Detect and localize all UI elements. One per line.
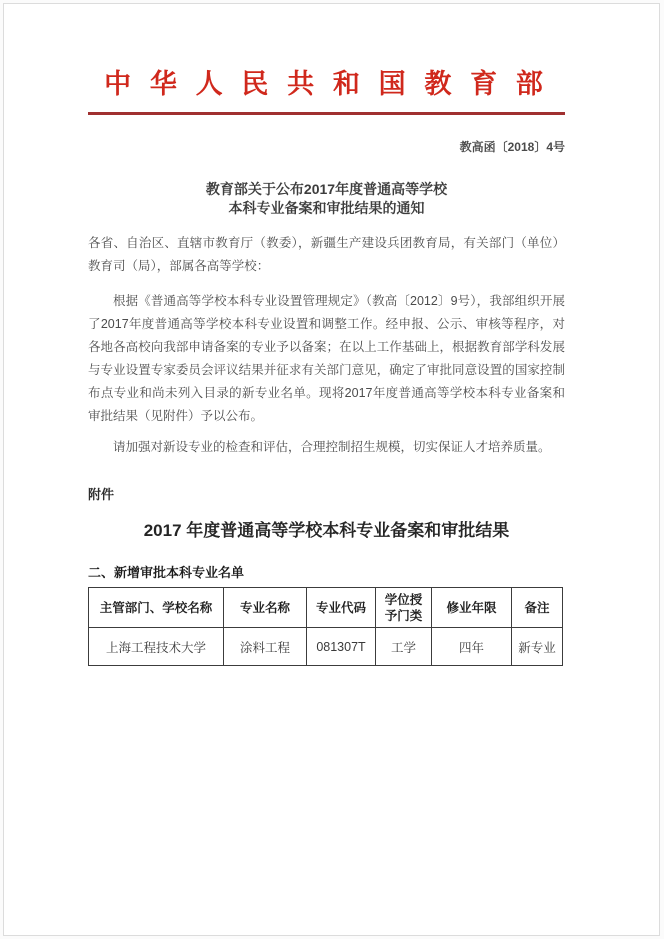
notice-title-line1: 教育部关于公布2017年度普通高等学校 <box>88 180 565 199</box>
table-row: 上海工程技术大学 涂料工程 081307T 工学 四年 新专业 <box>89 628 563 666</box>
cell-study-years: 四年 <box>432 628 512 666</box>
ministry-letterhead-title: 中 华 人 民 共 和 国 教 育 部 <box>88 62 565 101</box>
column-header-degree-category: 学位授予门类 <box>376 588 432 628</box>
attachment-label: 附件 <box>88 484 565 503</box>
approved-majors-table: 主管部门、学校名称 专业名称 专业代码 学位授予门类 修业年限 备注 上海工程技… <box>88 587 563 666</box>
notice-title-line2: 本科专业备案和审批结果的通知 <box>88 199 565 218</box>
column-header-major-code: 专业代码 <box>307 588 376 628</box>
cell-major-name: 涂料工程 <box>224 628 307 666</box>
column-header-major-name: 专业名称 <box>224 588 307 628</box>
cell-remarks: 新专业 <box>512 628 563 666</box>
document-page: 中 华 人 民 共 和 国 教 育 部 教高函〔2018〕4号 教育部关于公布2… <box>3 3 660 936</box>
column-header-authority-school: 主管部门、学校名称 <box>89 588 224 628</box>
column-header-remarks: 备注 <box>512 588 563 628</box>
document-reference-number: 教高函〔2018〕4号 <box>88 138 565 155</box>
notice-paragraph-2: 请加强对新设专业的检查和评估，合理控制招生规模，切实保证人才培养质量。 <box>88 436 565 459</box>
column-header-study-years: 修业年限 <box>432 588 512 628</box>
attachment-title: 2017 年度普通高等学校本科专业备案和审批结果 <box>88 516 565 541</box>
cell-major-code: 081307T <box>307 628 376 666</box>
notice-salutation: 各省、自治区、直辖市教育厅（教委），新疆生产建设兵团教育局，有关部门（单位）教育… <box>88 232 565 278</box>
letterhead-divider-rule <box>88 112 565 115</box>
notice-paragraph-1: 根据《普通高等学校本科专业设置管理规定》（教高〔2012〕9号），我部组织开展了… <box>88 290 565 428</box>
cell-degree-category: 工学 <box>376 628 432 666</box>
cell-school-name: 上海工程技术大学 <box>89 628 224 666</box>
notice-title: 教育部关于公布2017年度普通高等学校 本科专业备案和审批结果的通知 <box>88 180 565 218</box>
section-title-new-approved-majors: 二、新增审批本科专业名单 <box>88 562 565 581</box>
document-content: 中 华 人 民 共 和 国 教 育 部 教高函〔2018〕4号 教育部关于公布2… <box>4 62 659 666</box>
table-header-row: 主管部门、学校名称 专业名称 专业代码 学位授予门类 修业年限 备注 <box>89 588 563 628</box>
